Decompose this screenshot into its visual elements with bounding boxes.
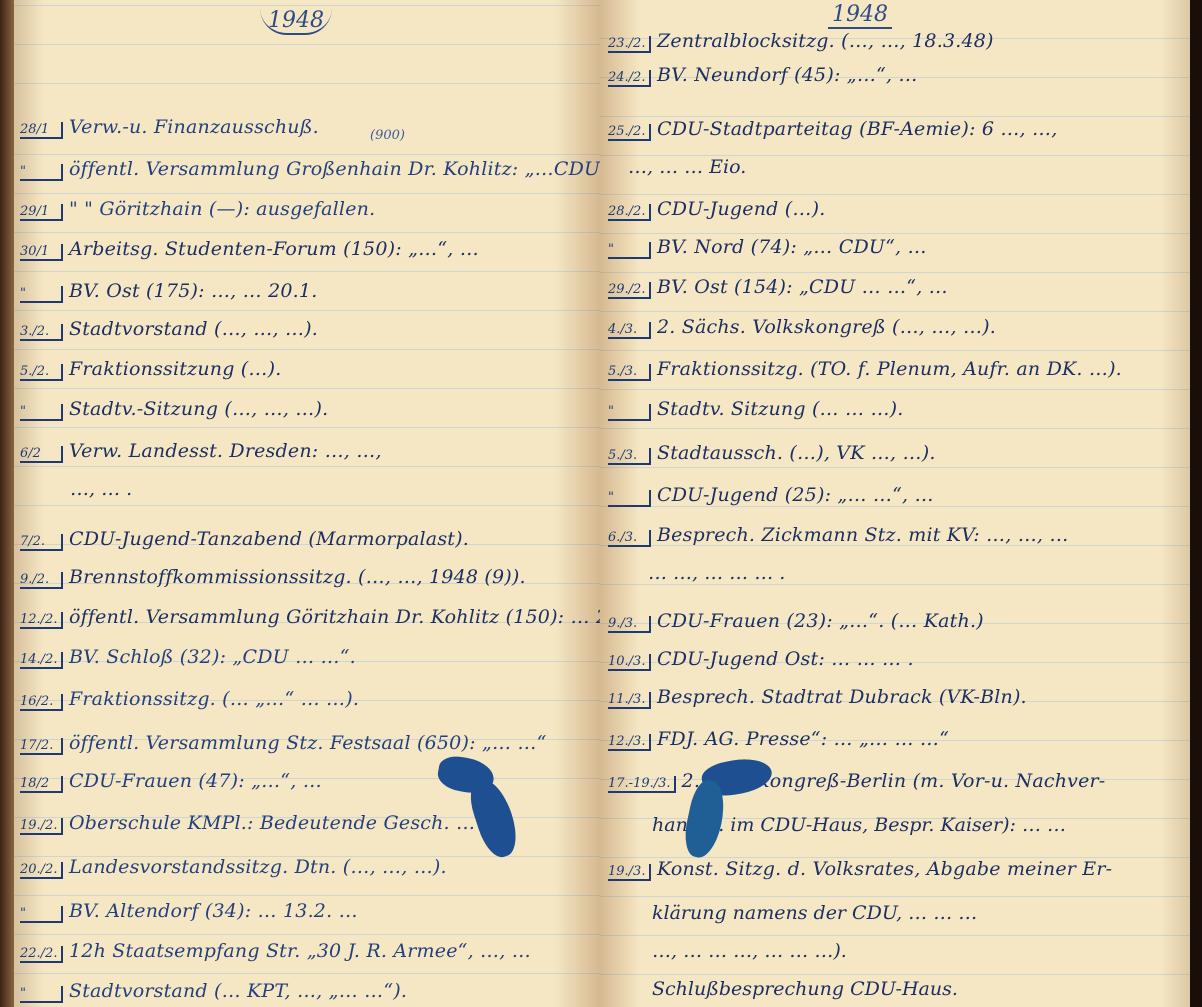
diary-entry: "BV. Ost (175): …, … 20.1. <box>20 280 317 303</box>
left-page: 1948 (900) 28/1Verw.-u. Finanzausschuß. … <box>14 0 600 1007</box>
diary-entry: 29/1" " Göritzhain (—): ausgefallen. <box>20 198 375 221</box>
diary-entry-continuation: klärung namens der CDU, … … … <box>652 902 977 924</box>
diary-entry: 22./2.12h Staatsempfang Str. „30 J. R. A… <box>20 940 531 963</box>
diary-entry: 14./2.BV. Schloß (32): „CDU … …“. <box>20 646 356 669</box>
diary-entry: 16/2.Fraktionssitzg. (… „…“ … …). <box>20 688 359 711</box>
diary-entry: "BV. Nord (74): „… CDU“, … <box>608 236 927 259</box>
right-page: 1948 23./2.Zentralblocksitzg. (…, …, 18.… <box>600 0 1190 1007</box>
book-cover-edge-right <box>1190 0 1202 1007</box>
diary-entry: 12./2.öffentl. Versammlung Göritzhain Dr… <box>20 606 600 629</box>
diary-entry: "öffentl. Versammlung Großenhain Dr. Koh… <box>20 158 600 181</box>
diary-entry: 5./3.Fraktionssitzg. (TO. f. Plenum, Auf… <box>608 358 1122 381</box>
diary-entry: 24./2.BV. Neundorf (45): „…“, … <box>608 64 918 87</box>
diary-entry: 12./3.FDJ. AG. Presse“: … „… … …“ <box>608 728 949 751</box>
diary-entry: 7/2.CDU-Jugend-Tanzabend (Marmorpalast). <box>20 528 469 551</box>
diary-entry-continuation: …, … . <box>70 478 132 500</box>
diary-entry: 6./3.Besprech. Zickmann Stz. mit KV: …, … <box>608 524 1069 547</box>
diary-entry: 25./2.CDU-Stadtparteitag (BF-Aemie): 6 …… <box>608 118 1057 141</box>
diary-entry-continuation: …, … … Eio. <box>628 156 746 178</box>
diary-entry-continuation: …, … … …, … … …). <box>652 940 847 962</box>
diary-entry: 5./2.Fraktionssitzung (…). <box>20 358 281 381</box>
diary-entry: 6/2Verw. Landesst. Dresden: …, …, <box>20 440 382 463</box>
left-page-year: 1948 <box>260 8 332 35</box>
diary-entry: 23./2.Zentralblocksitzg. (…, …, 18.3.48) <box>608 30 994 53</box>
diary-entry: 28/1Verw.-u. Finanzausschuß. <box>20 116 319 139</box>
diary-entry: 29./2.BV. Ost (154): „CDU … …“, … <box>608 276 948 299</box>
diary-entry: 3./2.Stadtvorstand (…, …, …). <box>20 318 318 341</box>
diary-entry: 18/2CDU-Frauen (47): „…“, … <box>20 770 322 793</box>
diary-entry: 30/1Arbeitsg. Studenten-Forum (150): „…“… <box>20 238 479 261</box>
diary-entry: 9./2.Brennstoffkommissionssitzg. (…, …, … <box>20 566 526 589</box>
diary-entry: 20./2.Landesvorstandssitzg. Dtn. (…, …, … <box>20 856 447 879</box>
right-page-year: 1948 <box>828 2 892 29</box>
diary-entry: "Stadtv.-Sitzung (…, …, …). <box>20 398 328 421</box>
diary-entry: 10./3.CDU-Jugend Ost: … … … . <box>608 648 914 671</box>
book-cover-edge-left <box>0 0 14 1007</box>
diary-entry: 4./3.2. Sächs. Volkskongreß (…, …, …). <box>608 316 996 339</box>
diary-entry: 9./3.CDU-Frauen (23): „…“. (… Kath.) <box>608 610 984 633</box>
diary-entry: "Stadtvorstand (… KPT, …, „… …“). <box>20 980 407 1003</box>
diary-entry: 19./2.Oberschule KMPl.: Bedeutende Gesch… <box>20 812 475 835</box>
diary-entry: 11./3.Besprech. Stadtrat Dubrack (VK-Bln… <box>608 686 1027 709</box>
diary-entry-continuation: … …, … … … . <box>648 562 785 584</box>
diary-entry: 17/2.öffentl. Versammlung Stz. Festsaal … <box>20 732 547 755</box>
diary-entry-continuation: Schlußbesprechung CDU-Haus. <box>652 978 958 1000</box>
diary-entry: "BV. Altendorf (34): … 13.2. … <box>20 900 358 923</box>
diary-entry: 5./3.Stadtaussch. (…), VK …, …). <box>608 442 936 465</box>
diary-entry: 28./2.CDU-Jugend (…). <box>608 198 825 221</box>
left-page-margin-note: (900) <box>370 128 405 143</box>
diary-entry: 17.-19./3.2. Volkskongreß-Berlin (m. Vor… <box>608 770 1105 793</box>
diary-entry: "Stadtv. Sitzung (… … …). <box>608 398 904 421</box>
diary-entry: "CDU-Jugend (25): „… …“, … <box>608 484 934 507</box>
diary-entry: 19./3.Konst. Sitzg. d. Volksrates, Abgab… <box>608 858 1112 881</box>
